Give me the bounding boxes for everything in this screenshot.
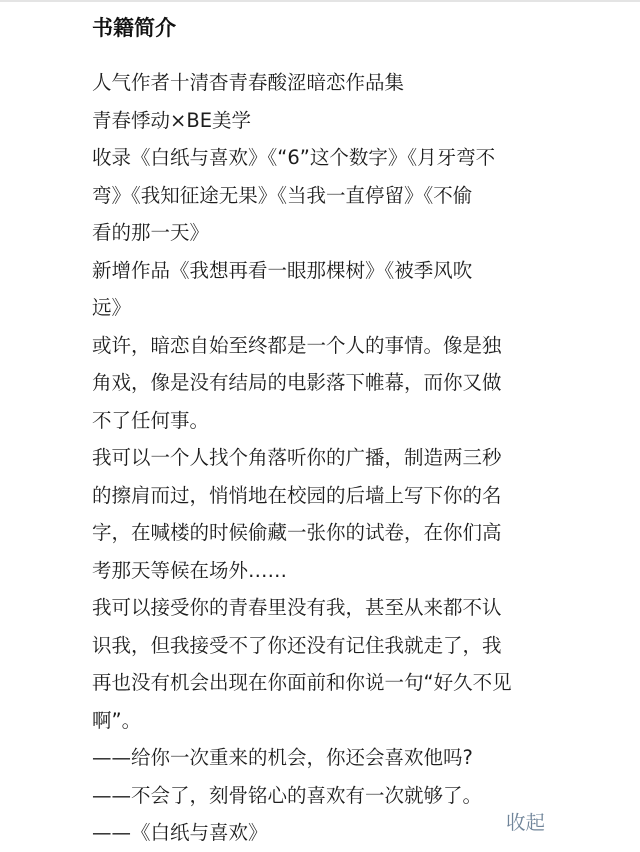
intro-line: 我可以一个人找个角落听你的广播，制造两三秒 — [92, 439, 538, 477]
top-divider — [0, 0, 640, 2]
intro-line: 角戏，像是没有结局的电影落下帷幕，而你又做 — [92, 364, 538, 402]
intro-line: 的擦肩而过，悄悄地在校园的后墙上写下你的名 — [92, 477, 538, 515]
intro-line: 青春悸动×BE美学 — [92, 102, 538, 140]
intro-line: ——给你一次重来的机会，你还会喜欢他吗? — [92, 739, 538, 777]
intro-line: 看的那一天》 — [92, 214, 538, 252]
intro-line: 远》 — [92, 289, 538, 327]
intro-line: ——不会了，刻骨铭心的喜欢有一次就够了。 — [92, 777, 538, 815]
intro-line: ——《白纸与喜欢》 — [92, 814, 538, 852]
intro-line: 新增作品《我想再看一眼那棵树》《被季风吹 — [92, 252, 538, 290]
intro-line: 或许，暗恋自始至终都是一个人的事情。像是独 — [92, 327, 538, 365]
intro-line: 考那天等候在场外…… — [92, 552, 538, 590]
intro-text: 人气作者十清杳青春酸涩暗恋作品集 青春悸动×BE美学 收录《白纸与喜欢》《“6”… — [92, 64, 538, 852]
intro-line: 弯》《我知征途无果》《当我一直停留》《不偷 — [92, 177, 538, 215]
intro-line: 字，在喊楼的时候偷藏一张你的试卷，在你们高 — [92, 514, 538, 552]
section-title: 书籍简介 — [92, 12, 176, 42]
intro-line: 收录《白纸与喜欢》《“6”这个数字》《月牙弯不 — [92, 139, 538, 177]
intro-line: 人气作者十清杳青春酸涩暗恋作品集 — [92, 64, 538, 102]
intro-line: 识我，但我接受不了你还没有记住我就走了，我 — [92, 627, 538, 665]
intro-line: 我可以接受你的青春里没有我，甚至从来都不认 — [92, 589, 538, 627]
collapse-button[interactable]: 收起 — [506, 807, 545, 835]
intro-line: 再也没有机会出现在你面前和你说一句“好久不见 — [92, 664, 538, 702]
intro-line: 啊”。 — [92, 702, 538, 740]
intro-line: 不了任何事。 — [92, 402, 538, 440]
